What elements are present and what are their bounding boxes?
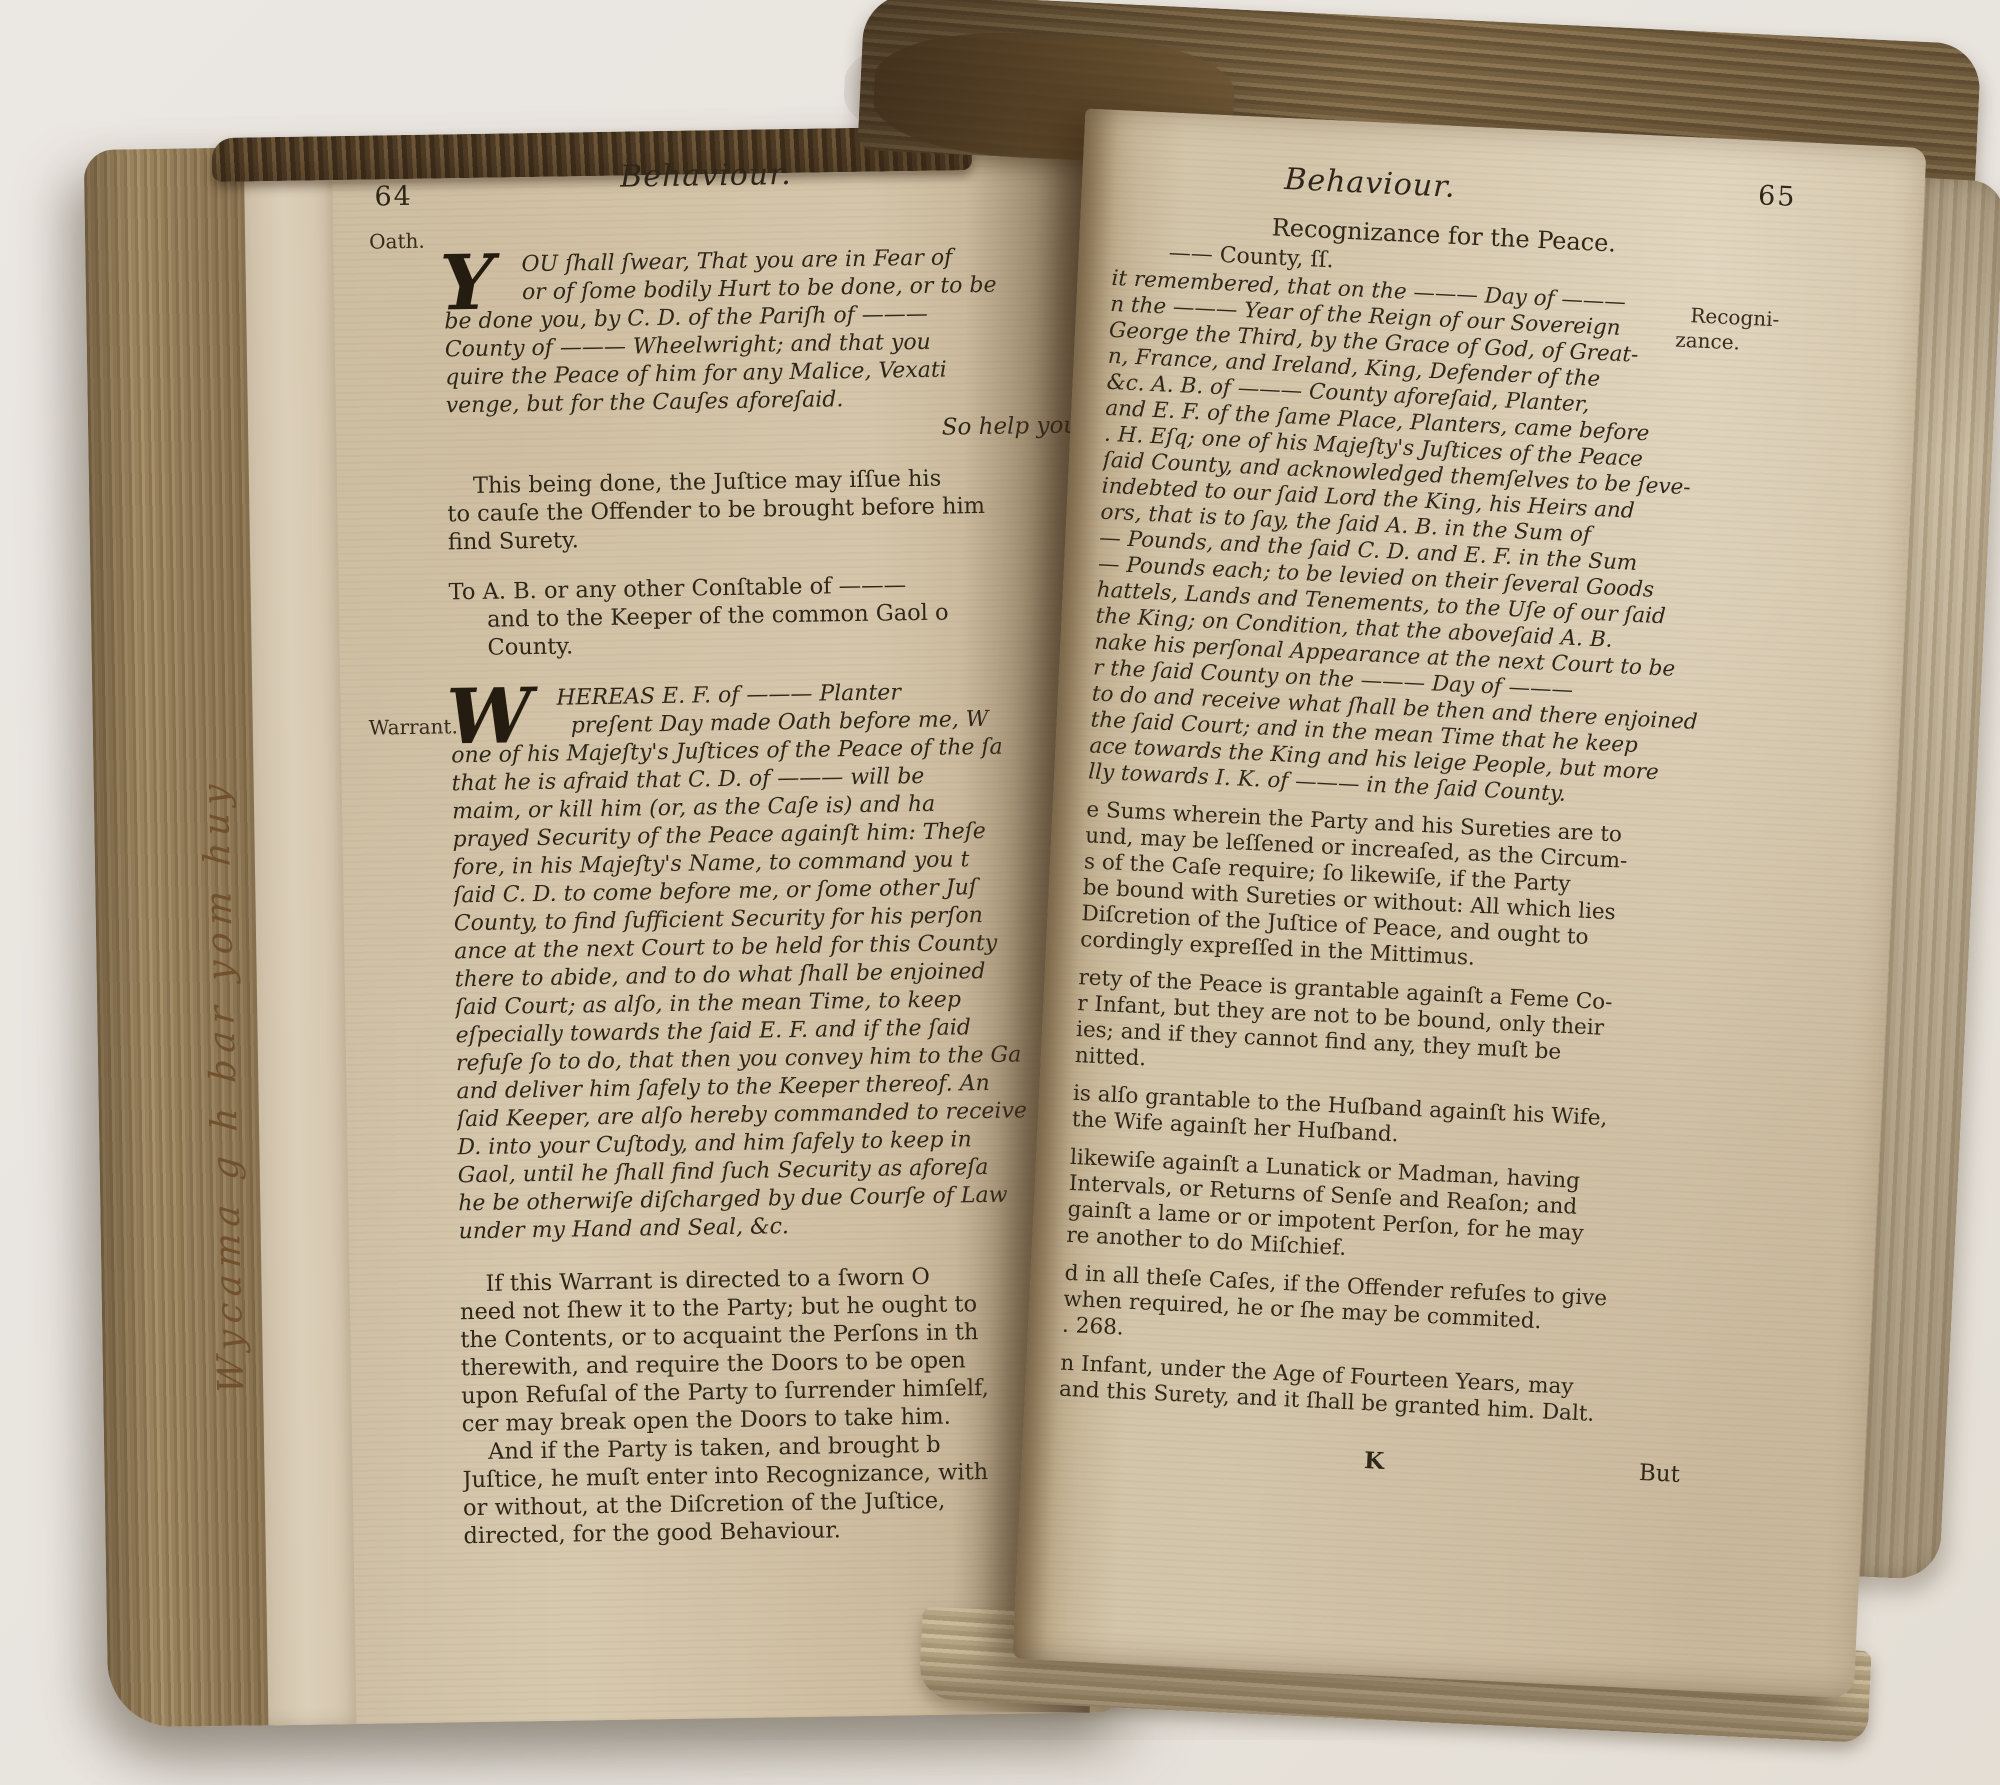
text-line: e Sums wherein the Party and his Suretie… bbox=[1086, 797, 1746, 854]
text-line: ors, that is to ſay, the ſaid A. B. in t… bbox=[1100, 500, 1760, 557]
drop-cap-y: Y bbox=[439, 250, 494, 317]
text-line: r the ſaid County on the ——— Day of ——— bbox=[1093, 655, 1753, 712]
right-book-block: 65 Behaviour. Recogni- zance. Recognizan… bbox=[778, 0, 2000, 1752]
commentary-sums: e Sums wherein the Party and his Suretie… bbox=[1080, 797, 1747, 984]
text-line: . H. Eſq; one of his Majeſty's Juſtices … bbox=[1104, 422, 1764, 479]
text-line: gainſt a lame or or impotent Perſon, for… bbox=[1067, 1197, 1727, 1254]
running-head-left: Behaviour. bbox=[620, 157, 792, 195]
margin-note-oath: Oath. bbox=[369, 229, 425, 254]
commentary-feme-covert: rety of the Peace is grantable againſt a… bbox=[1074, 965, 1738, 1100]
running-head-right: Behaviour. bbox=[1284, 162, 1457, 205]
text-line: Diſcretion of the Juſtice of Peace, and … bbox=[1081, 901, 1741, 958]
page-number-left: 64 bbox=[374, 181, 413, 213]
text-line: hattels, Lands and Tenements, to the Uſe… bbox=[1096, 578, 1756, 635]
text-line: re another to do Miſchief. bbox=[1066, 1223, 1726, 1280]
text-line: . 268. bbox=[1062, 1313, 1722, 1370]
text-line: — Pounds each; to be levied on their ſev… bbox=[1097, 552, 1757, 609]
text-line: when required, he or ſhe may be commited… bbox=[1063, 1287, 1723, 1344]
text-line: — Pounds, and the ſaid C. D. and E. F. i… bbox=[1099, 526, 1759, 583]
text-line: likewiſe againſt a Lunatick or Madman, h… bbox=[1069, 1145, 1729, 1202]
text-line: be bound with Sureties or without: All w… bbox=[1082, 875, 1742, 932]
text-line: and E. F. of the ſame Place, Planters, c… bbox=[1105, 396, 1765, 453]
right-text-column: Recognizance for the Peace. —— County, ſ… bbox=[1056, 204, 1775, 1496]
commentary-lunatick: likewiſe againſt a Lunatick or Madman, h… bbox=[1066, 1145, 1730, 1280]
text-line: n, France, and Ireland, King, Defender o… bbox=[1107, 344, 1767, 401]
text-line: r Infant, but they are not to be bound, … bbox=[1077, 991, 1737, 1048]
text-line: George the Third, by the Grace of God, o… bbox=[1108, 318, 1768, 375]
commentary-refusal: d in all theſe Caſes, if the Offender re… bbox=[1062, 1261, 1725, 1370]
text-line: ace towards the King and his leige Peopl… bbox=[1089, 733, 1749, 790]
text-line: the King; on Condition, that the aboveſa… bbox=[1095, 603, 1755, 660]
text-line: ſaid County, and acknowledged themſelves… bbox=[1102, 448, 1762, 505]
text-line: the Wife againſt her Huſband. bbox=[1071, 1107, 1731, 1164]
text-line: cordingly expreſſed in the Mittimus. bbox=[1080, 927, 1740, 984]
margin-note-recognizance-line1: Recogni- bbox=[1690, 303, 1841, 335]
text-line: nake his perſonal Appearance at the next… bbox=[1094, 629, 1754, 686]
text-line: und, may be leſſened or increaſed, as th… bbox=[1085, 823, 1745, 880]
commentary-infant: n Infant, under the Age of Fourteen Year… bbox=[1059, 1351, 1721, 1434]
text-line: s of the Caſe require; ſo likewiſe, if t… bbox=[1083, 849, 1743, 906]
text-line: n Infant, under the Age of Fourteen Year… bbox=[1060, 1351, 1720, 1408]
margin-note-recognizance: Recogni- zance. bbox=[1689, 303, 1841, 360]
text-line: nitted. bbox=[1074, 1043, 1734, 1100]
text-line: it remembered, that on the ——— Day of ——… bbox=[1111, 266, 1771, 323]
page-number-right: 65 bbox=[1757, 180, 1797, 213]
text-line: and this Surety, and it ſhall be granted… bbox=[1059, 1377, 1719, 1434]
recognizance-form-lines: it remembered, that on the ——— Day of ——… bbox=[1088, 266, 1772, 817]
catchword: But bbox=[1638, 1460, 1680, 1488]
text-line: Intervals, or Returns of Senſe and Reaſo… bbox=[1068, 1171, 1728, 1228]
text-line: lly towards I. K. of ——— in the ſaid Cou… bbox=[1088, 759, 1748, 816]
commentary-husband-wife: is alſo grantable to the Huſband againſt… bbox=[1071, 1081, 1733, 1164]
margin-note-recognizance-line2: zance. bbox=[1675, 327, 1840, 360]
margin-note-warrant: Warrant. bbox=[369, 714, 458, 739]
signature-mark: K bbox=[1364, 1447, 1385, 1475]
text-line: &c. A. B. of ——— County aforeſaid, Plant… bbox=[1106, 370, 1766, 427]
county-ss-line: —— County, ſſ. bbox=[1168, 239, 1773, 297]
text-line: indebted to our ſaid Lord the King, his … bbox=[1101, 474, 1761, 531]
text-line: d in all theſe Caſes, if the Offender re… bbox=[1064, 1261, 1724, 1318]
drop-cap-w: W bbox=[446, 683, 532, 750]
signature-line: K But bbox=[1056, 1433, 1717, 1496]
text-line: n the ——— Year of the Reign of our Sover… bbox=[1110, 292, 1770, 349]
book-photograph: Wycama g h bar yom huy 64 Behaviour. Oat… bbox=[0, 0, 2000, 1785]
text-line: is alſo grantable to the Huſband againſt… bbox=[1072, 1081, 1732, 1138]
recognizance-title: Recognizance for the Peace. bbox=[1114, 204, 1775, 267]
text-line: to do and receive what ſhall be then and… bbox=[1091, 681, 1751, 738]
text-line: rety of the Peace is grantable againſt a… bbox=[1078, 965, 1738, 1022]
text-line: the ſaid Court; and in the mean Time tha… bbox=[1090, 707, 1750, 764]
text-line: ies; and if they cannot find any, they m… bbox=[1075, 1017, 1735, 1074]
page-65: 65 Behaviour. Recogni- zance. Recognizan… bbox=[1012, 108, 1926, 1698]
